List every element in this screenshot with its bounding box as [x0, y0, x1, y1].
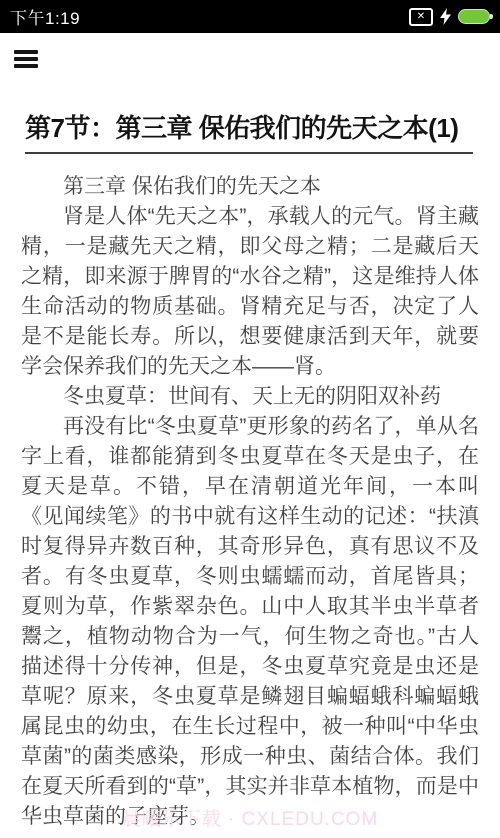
- clock-label: 下午1:19: [10, 4, 80, 29]
- charging-bolt-icon: [440, 8, 451, 25]
- sim-missing-icon: ✕: [409, 8, 433, 26]
- section-heading: 第三章 保佑我们的先天之本: [21, 172, 479, 202]
- section-heading: 冬虫夏草：世间有、天上无的阴阳双补药: [21, 382, 479, 412]
- status-bar: 下午1:19 ✕: [0, 0, 500, 33]
- battery-full-icon: [458, 9, 490, 24]
- reading-area[interactable]: 第三章 保佑我们的先天之本 肾是人体“先天之本”，承载人的元气。肾主藏精，一是藏…: [21, 172, 479, 832]
- ebook-reader-screen: 下午1:19 ✕ 第7节：第三章 保佑我们的先天之本(1) 第三章 保佑我们的先…: [0, 0, 500, 838]
- status-icons: ✕: [409, 8, 490, 26]
- menu-button[interactable]: [12, 48, 42, 70]
- hamburger-menu-icon: [14, 50, 38, 54]
- chapter-title: 第7节：第三章 保佑我们的先天之本(1): [25, 114, 475, 144]
- title-underline: [25, 152, 473, 154]
- paragraph: 肾是人体“先天之本”，承载人的元气。肾主藏精，一是藏先天之精，即父母之精；二是藏…: [21, 202, 479, 382]
- paragraph: 再没有比“冬虫夏草”更形象的药名了，单从名字上看，谁都能猜到冬虫夏草在冬天是虫子…: [21, 412, 479, 832]
